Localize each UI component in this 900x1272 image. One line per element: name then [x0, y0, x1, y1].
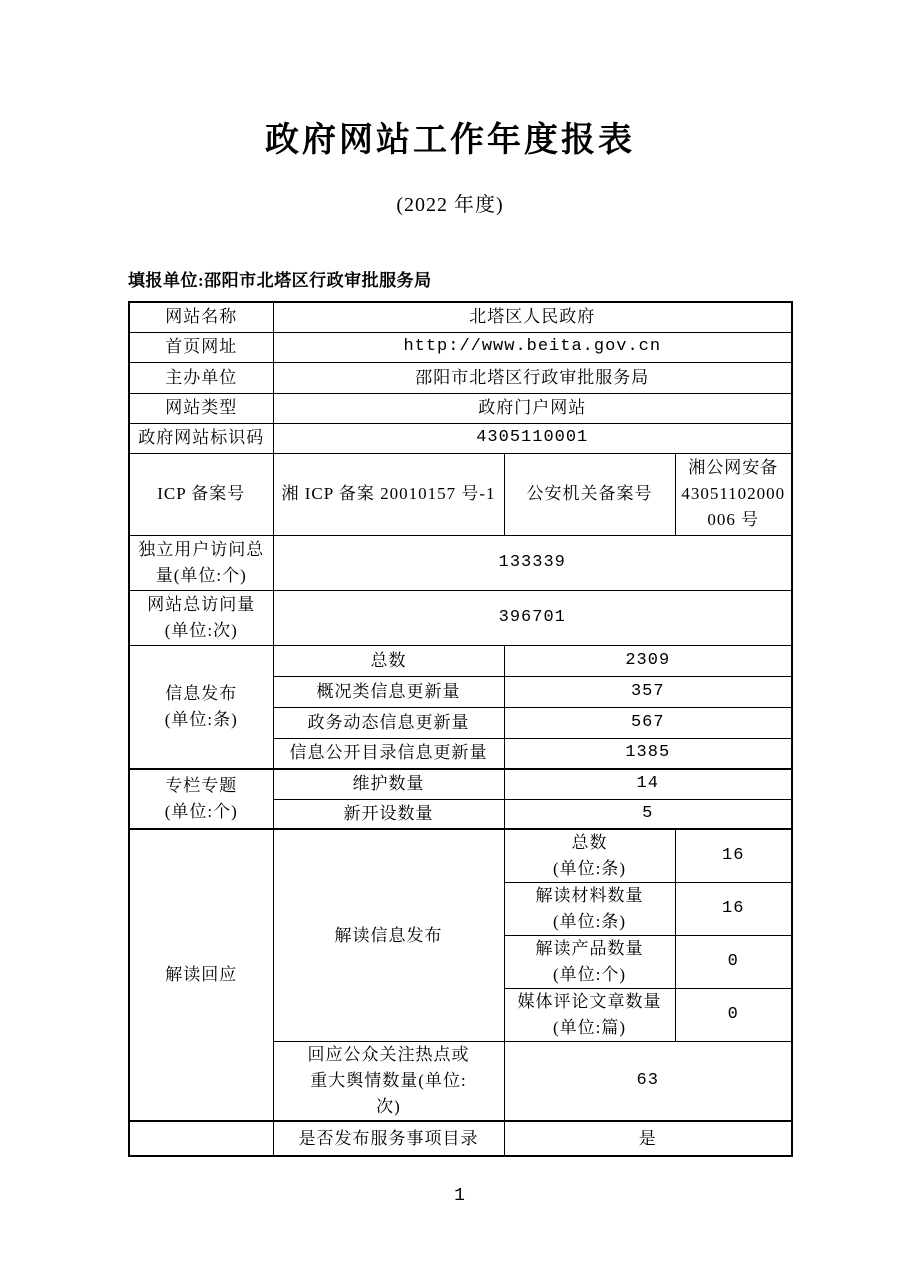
row-total-visits: 网站总访问量 (单位:次) 396701 — [129, 590, 792, 645]
police-record-label: 公安机关备案号 — [504, 453, 675, 535]
row-homepage: 首页网址 http://www.beita.gov.cn — [129, 332, 792, 362]
annual-report-table: 网站名称 北塔区人民政府 首页网址 http://www.beita.gov.c… — [128, 301, 793, 1157]
icp-label: ICP 备案号 — [129, 453, 273, 535]
special-columns-group-label: 专栏专题 (单位:个) — [129, 769, 273, 829]
site-name-value: 北塔区人民政府 — [273, 302, 792, 332]
columns-new-value: 5 — [504, 799, 792, 829]
interp-products-value: 0 — [675, 936, 792, 989]
info-total-value: 2309 — [504, 645, 792, 676]
service-directory-label: 是否发布服务事项目录 — [273, 1121, 504, 1156]
info-overview-value: 357 — [504, 676, 792, 707]
columns-new-label: 新开设数量 — [273, 799, 504, 829]
total-visits-label: 网站总访问量 (单位:次) — [129, 590, 273, 645]
interp-media-label: 媒体评论文章数量 (单位:篇) — [504, 989, 675, 1042]
hotspot-label: 回应公众关注热点或 重大舆情数量(单位: 次) — [273, 1042, 504, 1122]
site-type-value: 政府门户网站 — [273, 393, 792, 423]
row-icp: ICP 备案号 湘 ICP 备案 20010157 号-1 公安机关备案号 湘公… — [129, 453, 792, 535]
row-site-type: 网站类型 政府门户网站 — [129, 393, 792, 423]
site-code-value: 4305110001 — [273, 423, 792, 453]
interp-materials-value: 16 — [675, 883, 792, 936]
homepage-label: 首页网址 — [129, 332, 273, 362]
info-overview-label: 概况类信息更新量 — [273, 676, 504, 707]
document-subtitle: (2022 年度) — [0, 188, 900, 217]
total-visits-value: 396701 — [273, 590, 792, 645]
row-site-code: 政府网站标识码 4305110001 — [129, 423, 792, 453]
report-page: 政府网站工作年度报表 (2022 年度) 填报单位:邵阳市北塔区行政审批服务局 … — [0, 0, 900, 1272]
info-dynamics-label: 政务动态信息更新量 — [273, 707, 504, 738]
interpretation-publish-label: 解读信息发布 — [273, 829, 504, 1042]
unique-visitors-value: 133339 — [273, 535, 792, 590]
site-name-label: 网站名称 — [129, 302, 273, 332]
document-title: 政府网站工作年度报表 — [0, 112, 900, 161]
filing-unit-line: 填报单位:邵阳市北塔区行政审批服务局 — [128, 266, 432, 291]
row-columns-maintained: 专栏专题 (单位:个) 维护数量 14 — [129, 769, 792, 799]
row-interp-total: 解读回应 解读信息发布 总数 (单位:条) 16 — [129, 829, 792, 883]
interp-materials-label: 解读材料数量 (单位:条) — [504, 883, 675, 936]
site-code-label: 政府网站标识码 — [129, 423, 273, 453]
row-unique-visitors: 独立用户访问总 量(单位:个) 133339 — [129, 535, 792, 590]
site-type-label: 网站类型 — [129, 393, 273, 423]
organizer-value: 邵阳市北塔区行政审批服务局 — [273, 362, 792, 393]
columns-maintained-value: 14 — [504, 769, 792, 799]
row-info-total: 信息发布 (单位:条) 总数 2309 — [129, 645, 792, 676]
icp-value: 湘 ICP 备案 20010157 号-1 — [273, 453, 504, 535]
police-record-value: 湘公网安备 43051102000 006 号 — [675, 453, 792, 535]
row-site-name: 网站名称 北塔区人民政府 — [129, 302, 792, 332]
empty-cell — [129, 1121, 273, 1156]
info-dynamics-value: 567 — [504, 707, 792, 738]
interp-total-label: 总数 (单位:条) — [504, 829, 675, 883]
info-directory-value: 1385 — [504, 738, 792, 769]
hotspot-value: 63 — [504, 1042, 792, 1122]
homepage-url: http://www.beita.gov.cn — [273, 332, 792, 362]
interp-total-value: 16 — [675, 829, 792, 883]
columns-maintained-label: 维护数量 — [273, 769, 504, 799]
info-total-label: 总数 — [273, 645, 504, 676]
unique-visitors-label: 独立用户访问总 量(单位:个) — [129, 535, 273, 590]
interpretation-group-label: 解读回应 — [129, 829, 273, 1121]
row-organizer: 主办单位 邵阳市北塔区行政审批服务局 — [129, 362, 792, 393]
interp-media-value: 0 — [675, 989, 792, 1042]
row-service-directory: 是否发布服务事项目录 是 — [129, 1121, 792, 1156]
organizer-label: 主办单位 — [129, 362, 273, 393]
page-number: 1 — [128, 1186, 791, 1206]
service-directory-value: 是 — [504, 1121, 792, 1156]
info-publish-group-label: 信息发布 (单位:条) — [129, 645, 273, 769]
interp-products-label: 解读产品数量 (单位:个) — [504, 936, 675, 989]
info-directory-label: 信息公开目录信息更新量 — [273, 738, 504, 769]
